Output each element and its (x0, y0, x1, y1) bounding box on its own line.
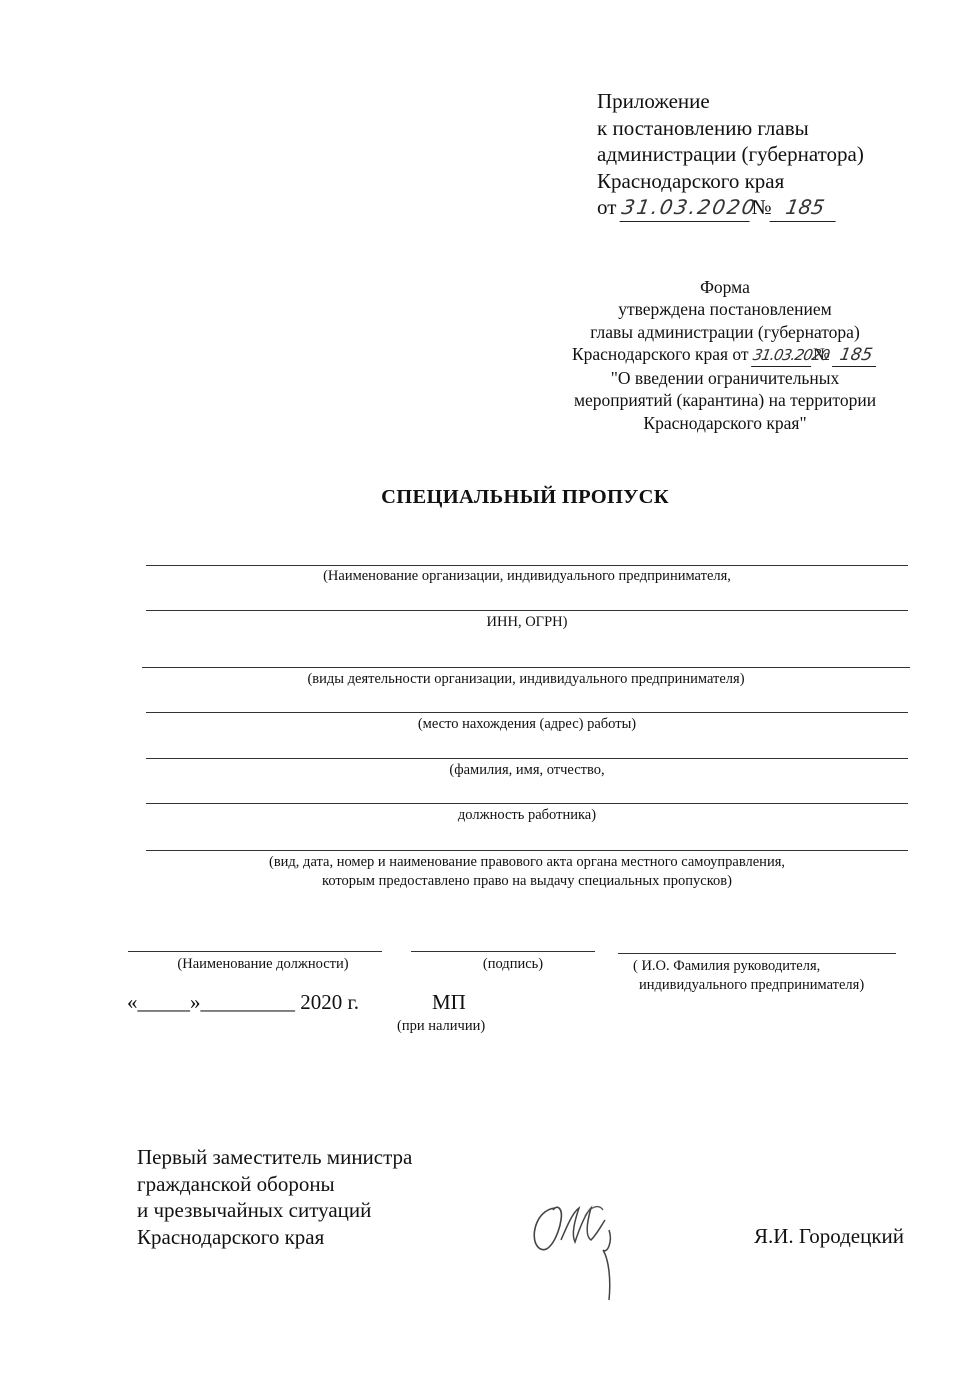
appendix-line: к постановлению главы (597, 115, 864, 142)
field-line-legal-act[interactable] (146, 850, 908, 851)
signature-line[interactable] (411, 951, 595, 952)
field-caption: (вид, дата, номер и наименование правово… (146, 853, 908, 872)
resolution-line: "О введении ограничительных (545, 367, 905, 389)
appendix-header: Приложение к постановлению главы админис… (597, 88, 864, 222)
signer-line: Первый заместитель министра (137, 1144, 412, 1171)
appendix-date-row: от 31.03.2020№185 (597, 194, 864, 222)
handwritten-date: 31.03.2020 (751, 344, 815, 367)
handwritten-date: 31.03.2020 (619, 194, 754, 222)
handwritten-number: 185 (769, 194, 840, 222)
manager-name-caption-continued: индивидуального предпринимателя) (639, 976, 864, 995)
signer-line: Краснодарского края (137, 1224, 412, 1251)
field-line-address[interactable] (146, 712, 908, 713)
region-from: Краснодарского края от (572, 344, 749, 364)
field-caption: (виды деятельности организации, индивиду… (142, 670, 910, 689)
field-caption: ИНН, ОГРН) (146, 613, 908, 632)
appendix-line: администрации (губернатора) (597, 141, 864, 168)
form-date-row: Краснодарского края от 31.03.2020№ 185 (545, 343, 905, 367)
handwritten-number: 185 (832, 344, 880, 367)
from-label: от (597, 195, 616, 219)
issue-date-line[interactable]: «_____»_________ 2020 г. (127, 990, 359, 1015)
manager-name-caption: ( И.О. Фамилия руководителя, (633, 957, 820, 976)
form-approval-block: Форма утверждена постановлением главы ад… (545, 276, 905, 434)
handwritten-signature-icon (525, 1190, 635, 1305)
form-line: Форма (545, 276, 905, 298)
appendix-line: Краснодарского края (597, 168, 864, 195)
field-caption: должность работника) (146, 806, 908, 825)
stamp-caption: (при наличии) (397, 1018, 485, 1035)
manager-name-line[interactable] (618, 953, 896, 954)
field-caption: (Наименование организации, индивидуально… (146, 567, 908, 586)
stamp-label: МП (432, 990, 466, 1015)
field-line-organization[interactable] (146, 565, 908, 566)
field-caption: (фамилия, имя, отчество, (146, 761, 908, 780)
form-line: утверждена постановлением (545, 298, 905, 320)
signer-name: Я.И. Городецкий (754, 1224, 904, 1249)
field-caption-continued: которым предоставлено право на выдачу сп… (146, 872, 908, 891)
resolution-line: мероприятий (карантина) на территории (545, 389, 905, 411)
position-signature-line[interactable] (128, 951, 382, 952)
field-line-activities[interactable] (142, 667, 910, 668)
field-line-inn-ogrn[interactable] (146, 610, 908, 611)
signer-line: гражданской обороны (137, 1171, 412, 1198)
signature-caption: (подпись) (411, 955, 615, 974)
signer-title: Первый заместитель министра гражданской … (137, 1144, 412, 1251)
document-title: СПЕЦИАЛЬНЫЙ ПРОПУСК (0, 486, 970, 509)
position-caption: (Наименование должности) (128, 955, 398, 974)
field-line-full-name[interactable] (146, 758, 908, 759)
form-line: главы администрации (губернатора) (545, 321, 905, 343)
field-line-position[interactable] (146, 803, 908, 804)
appendix-line: Приложение (597, 88, 864, 115)
signer-line: и чрезвычайных ситуаций (137, 1197, 412, 1224)
resolution-line: Краснодарского края" (545, 412, 905, 434)
field-caption: (место нахождения (адрес) работы) (146, 715, 908, 734)
